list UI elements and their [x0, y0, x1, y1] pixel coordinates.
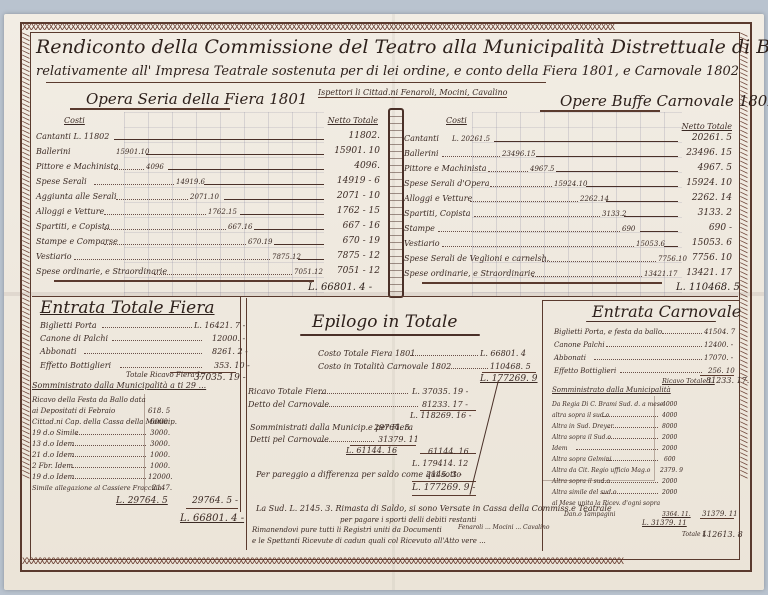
row-partial: 3133.2 — [602, 210, 627, 218]
row-total: 7756. 10 — [692, 253, 732, 263]
row-line — [146, 154, 324, 155]
ledger-row: Vestiario 7875.12 7875 - 12 — [34, 248, 384, 263]
left-col-total: Netto Totale — [328, 116, 378, 125]
entrata-carnovale-item: Biglietti Porta, e festa da ballo 41504.… — [554, 324, 734, 337]
carnovale-subsidy-item: Dan.o Tampagini 3364. 11. — [552, 506, 712, 519]
entrata-fiera-heading: Entrata Totale Fiera — [40, 298, 215, 318]
left-grand-total: L. 66801. 4 - — [308, 282, 372, 293]
item-dots — [620, 372, 702, 373]
row-label: Ballerini — [36, 147, 71, 156]
row-label: Stampe — [404, 224, 435, 233]
row-label: Alloggi e Vetture — [36, 207, 104, 216]
fiera-total-rule — [186, 508, 238, 509]
row-partial: 690 — [622, 225, 635, 233]
row-partial: 7756.10 — [658, 255, 687, 263]
right-ledger: Costi Netto Totale Cantanti L. 20261.5 2… — [402, 112, 736, 297]
item-label: Canone di Palchi — [40, 334, 108, 343]
epilogo-final-total: L. 177269. 9 - — [412, 483, 475, 493]
fiera-grand-total: L. 66801. 4 - — [180, 513, 244, 524]
row-dots — [74, 259, 270, 260]
row-dots — [104, 214, 206, 215]
right-col-label: Costi — [446, 116, 467, 125]
row-dots — [114, 169, 144, 170]
item-value: 12400. - — [704, 341, 733, 349]
item-value: 31379. 11 — [378, 435, 419, 444]
ledger-row: Pittore e Machinista 4096 4096. — [34, 158, 384, 173]
epilogo-revenue-item: Ricavo Totale Fiera L. 37035. 19 - — [248, 384, 478, 397]
row-total: 3133. 2 — [698, 208, 732, 218]
row-total: 4967. 5 — [698, 163, 732, 173]
item-value: 17070. - — [704, 354, 733, 362]
item-label: Costo in Totalità Carnovale 1802 — [318, 362, 451, 371]
entrata-fiera-item: Abbonati 8261. 2 - — [40, 344, 240, 357]
ledger-row: Ballerini 23496.15 23496. 15 — [402, 145, 736, 160]
item-label: Effetto Bottiglieri — [554, 367, 616, 375]
item-value: 2147. — [152, 484, 172, 492]
row-dots — [474, 216, 600, 217]
row-label: Alloggi e Vetture — [404, 194, 472, 203]
item-dots — [120, 367, 202, 368]
row-total: 15924. 10 — [686, 178, 732, 188]
ledger-row: Spartiti, e Copista 667.16 667 - 16 — [34, 218, 384, 233]
row-total: 15901. 10 — [334, 146, 380, 156]
item-dots — [602, 416, 658, 417]
left-ledger: Costi Netto Totale Cantanti L. 11802 118… — [34, 112, 384, 297]
item-label: Dan.o Tampagini — [564, 511, 615, 518]
row-line — [494, 141, 678, 142]
row-label: Spartiti, e Copista — [36, 222, 110, 231]
item-dots — [318, 406, 418, 407]
ornamental-border-bottom: XXXXXXXXXXXXXXXXXXXXXXXXXXXXXXXXXXXXXXXX… — [22, 557, 746, 566]
epilogo-subsidy-item: Detti pel Carnovale 31379. 11 — [250, 432, 430, 445]
carnovale-subtotal: 81233. 17. — [706, 376, 749, 385]
row-total: 1762 - 15 — [337, 206, 380, 216]
epilogo-cost-rule — [482, 372, 536, 373]
ornamental-border-top: XXXXXXXXXXXXXXXXXXXXXXXXXXXXXXXXXXXXXXXX… — [22, 23, 746, 32]
epilogo-signature: Fenaroli ... Mocini ... Cavalino — [458, 524, 550, 531]
inspectors-line: Ispettori li Cittad.ni Fenaroli, Mocini,… — [318, 88, 507, 98]
fiera-subsidy-heading: Somministrato dalla Municipalità a ti 29… — [32, 381, 206, 390]
document-title: Rendiconto della Commissione del Teatro … — [36, 36, 736, 58]
item-dots — [76, 434, 146, 435]
row-dots — [104, 229, 226, 230]
item-label: Detto del Carnovale — [248, 400, 329, 409]
item-value: 110468. 5 — [490, 362, 531, 371]
row-line — [640, 231, 678, 232]
carnovale-subsidy-heading: Somministrato dalla Municipalità — [552, 386, 671, 394]
row-partial: 2071.10 — [190, 193, 219, 201]
item-dots — [594, 359, 702, 360]
item-dots — [576, 449, 658, 450]
row-total: 2071 - 10 — [337, 191, 380, 201]
ledger-row: Stampe 690 690 - — [402, 220, 736, 235]
row-dots — [94, 184, 174, 185]
row-total: 690 - — [709, 223, 732, 233]
ledger-row: Spartiti, Copista 3133.2 3133. 2 — [402, 205, 736, 220]
row-label: Spese Serali — [36, 177, 87, 186]
row-partial: 4967.5 — [530, 165, 555, 173]
row-partial: 13421.17 — [644, 270, 677, 278]
row-label: Spese Serali d'Opera — [404, 179, 490, 188]
item-dots — [602, 493, 658, 494]
row-dots — [488, 171, 528, 172]
row-total: 11802. — [349, 131, 381, 141]
row-line — [536, 156, 678, 157]
row-partial: 667.16 — [228, 223, 253, 231]
ornamental-border-left: ////////////////////////////////////////… — [21, 32, 30, 557]
item-dots — [662, 333, 702, 334]
item-label: Biglietti Porta — [40, 321, 97, 330]
item-dots — [606, 346, 702, 347]
row-total: 20261. 5 — [692, 133, 732, 143]
subtitle-underline — [46, 82, 546, 83]
carnovale-grand-total: 112613. 8 — [702, 530, 743, 539]
epilogo-note-line-2: per pagare i sporti delli debiti restant… — [340, 516, 476, 524]
left-col-label: Costi — [64, 116, 85, 125]
item-dots — [72, 467, 146, 468]
row-label: Spartiti, Copista — [404, 209, 471, 218]
ledger-row: Stampe e Comparse 670.19 670 - 19 — [34, 233, 384, 248]
item-dots — [72, 445, 146, 446]
item-value: 29764. 5 — [374, 423, 410, 432]
row-line — [254, 229, 324, 230]
item-value: 353. 10 - — [214, 361, 250, 370]
ledger-row: Spese Serali d'Opera 15924.10 15924. 10 — [402, 175, 736, 190]
item-label: Abbonati — [40, 347, 77, 356]
row-partial: 1762.15 — [208, 208, 237, 216]
row-line — [274, 244, 324, 245]
row-label: Cantanti — [404, 134, 439, 143]
row-dots — [442, 246, 634, 247]
ledger-row: Spese ordinarie, e Straordinarie 7051.12… — [34, 263, 384, 278]
left-heading-swash — [70, 108, 230, 110]
row-line — [664, 246, 678, 247]
entrata-fiera-item: Biglietti Porta L. 16421. 7 - — [40, 318, 240, 331]
row-dots — [442, 156, 500, 157]
document-subtitle: relativamente all' Impresa Teatrale sost… — [36, 64, 736, 79]
epilogo-sum-a: 61144. 16 — [428, 447, 469, 456]
item-value: L. 66801. 4 — [480, 349, 526, 358]
row-dots — [116, 199, 188, 200]
ledger-row: Aggiunta alle Serali 2071.10 2071 - 10 — [34, 188, 384, 203]
entrata-fiera-item: Canone di Palchi 12000. - — [40, 331, 240, 344]
row-partial: 23496.15 — [502, 150, 535, 158]
row-label: Pittore e Machinista — [36, 162, 119, 171]
row-total: 7051 - 12 — [337, 266, 380, 276]
ledger-row: Cantanti L. 11802 11802. — [34, 128, 384, 143]
row-total: 670 - 19 — [343, 236, 380, 246]
row-label: Vestiario — [404, 239, 440, 248]
row-dots — [532, 276, 642, 277]
epilogo-swash — [300, 334, 480, 336]
carnovale-subsidy-rule — [700, 518, 734, 519]
right-ledger-heading: Opere Buffe Carnovale 1802 — [560, 92, 768, 110]
row-line — [168, 169, 324, 170]
center-left-divider — [246, 298, 247, 550]
carnovale-swash — [586, 321, 716, 322]
row-label: Ballerini — [404, 149, 439, 158]
entrata-carnovale-heading: Entrata Carnovale — [592, 302, 741, 321]
epilogo-subsidies-total: L. 61144. 16 — [346, 446, 397, 455]
ledger-row: Vestiario 15053.6 15053. 6 — [402, 235, 736, 250]
row-partial: 14919.6 — [176, 178, 205, 186]
item-value: 3364. 11. — [662, 511, 691, 518]
epilogo-revenues-total: L. 118269. 16 - — [410, 411, 471, 420]
epilogo-note-line-4: e le Spettanti Ricevute di cadun quali c… — [252, 537, 486, 545]
left-ledger-rule — [54, 280, 314, 282]
row-total: 7875 - 12 — [337, 251, 380, 261]
item-label: Ricavo Totale Fiera — [248, 387, 327, 396]
row-label: Vestiario — [36, 252, 72, 261]
item-label: Costo Totale Fiera 1801 — [318, 349, 415, 358]
row-total: 23496. 15 — [686, 148, 732, 158]
item-label: Abbonati — [554, 354, 586, 362]
item-value: 256. 10 — [708, 367, 735, 375]
epilogo-final-underline — [412, 495, 476, 496]
left-ledger-heading: Opera Seria della Fiera 1801 — [86, 90, 307, 108]
row-label: Pittore e Machinista — [404, 164, 487, 173]
ledger-row: Alloggi e Vetture 1762.15 1762 - 15 — [34, 203, 384, 218]
row-label: Spese ordinarie, e Straordinarie — [36, 267, 167, 276]
row-dots — [490, 186, 552, 187]
item-label: Effetto Bottiglieri — [40, 361, 111, 370]
ledger-row: Pittore e Machinista 4967.5 4967. 5 — [402, 160, 736, 175]
item-dots — [72, 456, 146, 457]
epilogo-costs-total: L. 177269. 9 — [480, 374, 538, 384]
item-label: Biglietti Porta, e festa da ballo — [554, 328, 662, 336]
row-partial: 7875.12 — [272, 253, 301, 261]
ledger-row: Cantanti L. 20261.5 20261. 5 — [402, 130, 736, 145]
row-partial: 2262.14 — [580, 195, 609, 203]
fiera-subsidy-total: L. 29764. 5 — [116, 496, 168, 506]
item-label: Canone Palchi — [554, 341, 605, 349]
row-partial: 4096 — [146, 163, 164, 171]
row-dots — [154, 274, 292, 275]
row-total: 15053. 6 — [692, 238, 732, 248]
item-label: Detti pel Carnovale — [250, 435, 329, 444]
item-dots — [318, 393, 408, 394]
row-line — [586, 186, 678, 187]
row-line — [224, 199, 324, 200]
item-dots — [608, 438, 658, 439]
entrata-fiera-item: Effetto Bottiglieri 353. 10 - — [40, 358, 240, 371]
epilogo-cost-item: Costo in Totalità Carnovale 1802 110468.… — [318, 359, 530, 372]
item-dots — [112, 340, 202, 341]
row-dots — [470, 201, 578, 202]
row-partial: L. 20261.5 — [452, 135, 490, 143]
row-label: Aggiunta alle Serali — [36, 192, 117, 201]
right-ledger-rule — [422, 282, 662, 284]
item-value: L. 37035. 19 - — [412, 387, 468, 396]
epilogo-balance: 2145. 3 - — [426, 470, 462, 479]
ledger-row: Spese ordinarie, e Straordinarie 13421.1… — [402, 265, 736, 280]
ornamental-border-right: ////////////////////////////////////////… — [739, 32, 748, 557]
item-dots — [602, 482, 658, 483]
ledger-row: Spese Serali de Veglioni e carnelsh. 775… — [402, 250, 736, 265]
item-value: L. 16421. 7 - — [194, 321, 245, 330]
row-label: Spese Serali de Veglioni e carnelsh. — [404, 254, 549, 263]
fiera-subsidy-item: Simile allegazione al Cassiere Fracchia … — [32, 480, 182, 493]
epilogo-revenue-item: Detto del Carnovale 81233. 17 - — [248, 397, 478, 410]
fiera-subsidy-total-right: 29764. 5 - — [192, 496, 238, 506]
fiera-subtotal-label: Totale Ricavo Fiera L. — [126, 371, 204, 379]
row-total: 14919 - 6 — [337, 176, 380, 186]
row-partial: 15924.10 — [554, 180, 587, 188]
row-line — [606, 201, 678, 202]
ledger-row: Ballerini 15901.10 15901. 10 — [34, 143, 384, 158]
item-dots — [102, 327, 192, 328]
row-dots — [104, 244, 246, 245]
epilogo-cost-item: Costo Totale Fiera 1801 L. 66801. 4 — [318, 346, 530, 359]
carnovale-subsidy-total-right: 31379. 11 — [702, 510, 738, 518]
ledger-row: Spese Serali 14919.6 14919 - 6 — [34, 173, 384, 188]
row-total: 2262. 14 — [692, 193, 732, 203]
row-dots — [438, 231, 620, 232]
entrata-carnovale-item: Canone Palchi 12400. - — [554, 337, 734, 350]
row-line — [624, 216, 678, 217]
epilogo-final-rule — [412, 481, 476, 482]
item-dots — [410, 355, 478, 356]
entrata-carnovale-item: Abbonati 17070. - — [554, 350, 734, 363]
row-total: 667 - 16 — [343, 221, 380, 231]
epilogo-sum-b: L. 179414. 12 — [412, 459, 468, 468]
row-line — [114, 139, 324, 140]
row-partial: 15053.6 — [636, 240, 665, 248]
row-label: Spese ordinarie, e Straordinarie — [404, 269, 535, 278]
row-total: 13421. 17 — [686, 268, 732, 278]
row-line — [240, 214, 324, 215]
row-line — [298, 259, 324, 260]
row-line — [556, 171, 678, 172]
item-dots — [72, 478, 146, 479]
row-partial: 15901.10 — [116, 148, 149, 156]
item-dots — [314, 441, 374, 442]
epilogo-note-line-3: Rimanendovi pure tutti li Registri uniti… — [252, 526, 442, 534]
carnovale-subsidy-total: L. 31379. 11 — [642, 519, 687, 527]
row-total: 4096. — [354, 161, 380, 171]
item-value: 8261. 2 - — [212, 347, 248, 356]
item-value: 12000. - — [212, 334, 245, 343]
row-dots — [542, 261, 656, 262]
ledger-row: Alloggi e Vetture 2262.14 2262. 14 — [402, 190, 736, 205]
epilogo-heading: Epilogo in Totale — [312, 312, 457, 332]
row-label: Cantanti L. 11802 — [36, 132, 109, 141]
item-dots — [446, 368, 488, 369]
item-dots — [608, 427, 658, 428]
item-value: 81233. 17 - — [422, 400, 468, 409]
row-partial: 670.19 — [248, 238, 273, 246]
row-partial: 7051.12 — [294, 268, 323, 276]
right-grand-total: L. 110468. 5 — [676, 282, 740, 293]
item-dots — [84, 353, 202, 354]
row-line — [204, 184, 324, 185]
item-dots — [606, 460, 658, 461]
item-label: Simile allegazione al Cassiere Fracchia — [32, 484, 162, 492]
item-value: 41504. 7 — [704, 328, 735, 336]
